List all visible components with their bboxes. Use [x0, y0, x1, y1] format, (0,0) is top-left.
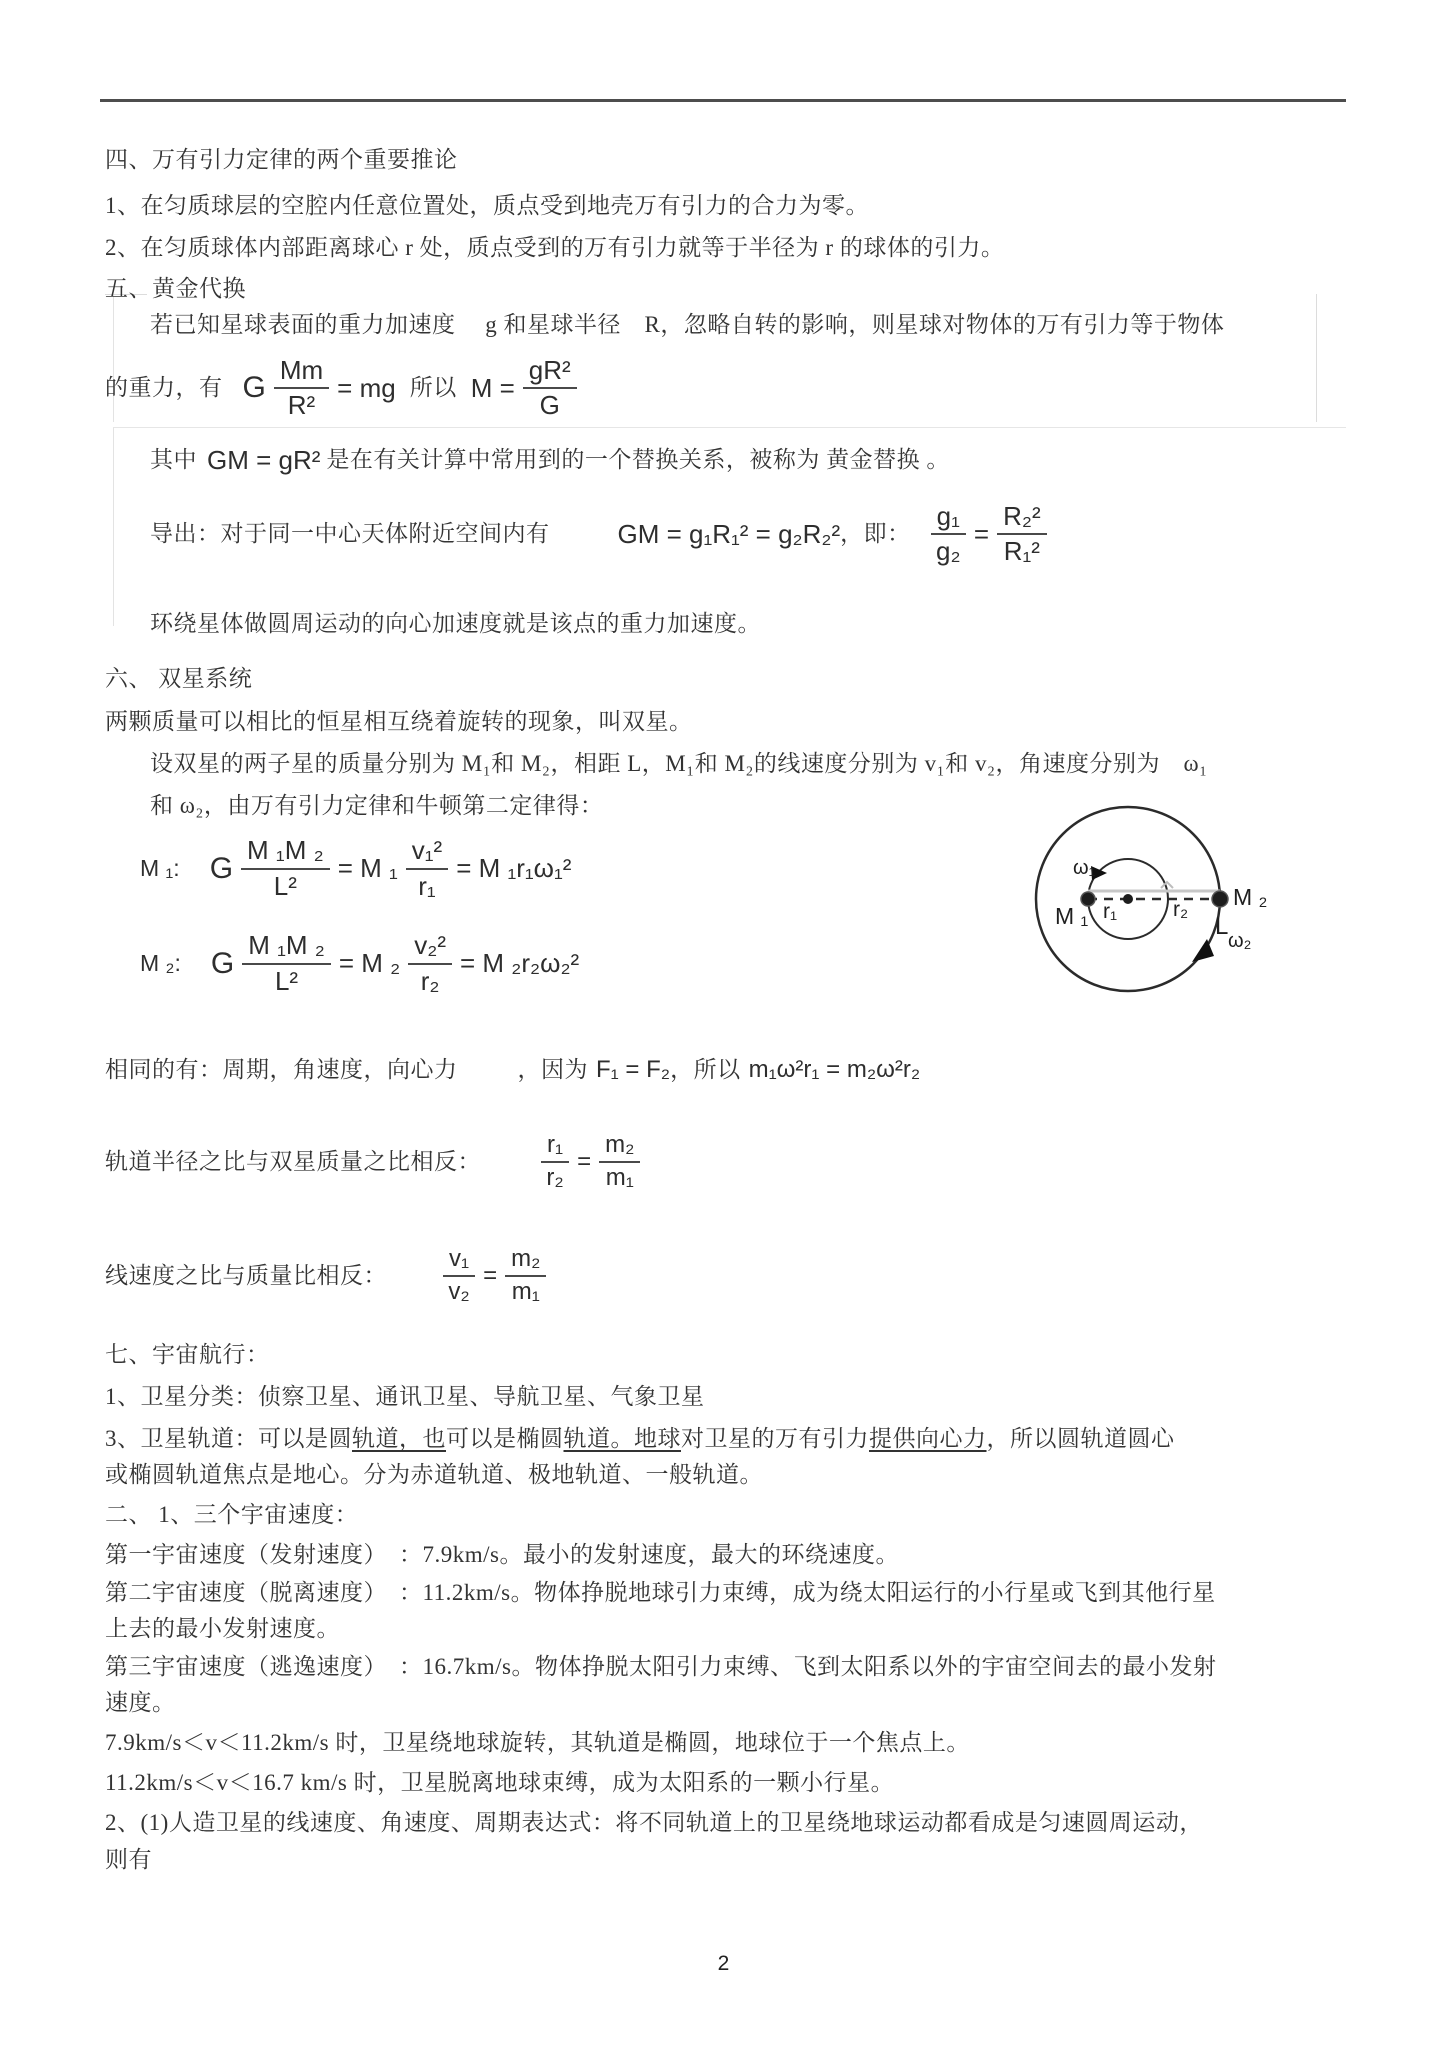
sec5-intro: 若已知星球表面的重力加速度 g 和星球半径 R，忽略自转的影响，则星球对物体的万… — [150, 308, 1224, 341]
equals-sign: = — [577, 1148, 591, 1176]
same-quantities-row: 相同的有：周期，角速度，向心力 ，因为 F₁ = F₂ ，所以 m₁ω²r₁ =… — [105, 1048, 920, 1092]
suoyi: 所以 — [410, 371, 457, 404]
star-m2-dot — [1212, 891, 1228, 907]
frac-m2-m1: m₂ m₁ — [599, 1132, 640, 1192]
m1-equation: M ₁: G M ₁M ₂ L² = M ₁ v₁² r₁ = M ₁r₁ω₁² — [140, 821, 571, 916]
m2-eq1: = M ₂ — [339, 948, 400, 979]
m1-eq1: = M ₁ — [338, 853, 398, 884]
note-qizhong: 其中 — [150, 443, 197, 476]
sec7-item3b: 或椭圆轨道焦点是地心。分为赤道轨道、极地轨道、一般轨道。 — [105, 1458, 763, 1491]
note-gm-eq: GM = gR² — [207, 445, 320, 476]
frac-r1-r2: r₁ r₂ — [541, 1132, 569, 1192]
item3-seg7: ，所以圆轨道圆心 — [987, 1426, 1175, 1451]
velocity-ratio-row: 线速度之比与质量比相反： v₁ v₂ = m₂ m₁ — [105, 1232, 546, 1320]
frac-v1-v2: v₁ v₂ — [443, 1246, 475, 1306]
m1-eq2: = M ₁r₁ω₁² — [456, 853, 571, 884]
orbit-note: 环绕星体做圆周运动的向心加速度就是该点的重力加速度。 — [150, 607, 761, 640]
L-label: L — [1215, 913, 1228, 940]
note-rest: 是在有关计算中常用到的一个替换关系，被称为 黄金替换 。 — [326, 443, 950, 476]
equals-sign: = — [974, 519, 989, 550]
satellite-expressions: 2、(1)人造卫星的线速度、角速度、周期表达式：将不同轨道上的卫星绕地球运动都看… — [105, 1806, 1203, 1839]
item3-seg3: 可以是椭圆 — [446, 1426, 564, 1451]
same-cn1: 相同的有：周期，角速度，向心力 — [105, 1053, 458, 1086]
same-f1: F₁ = F₂ — [596, 1056, 670, 1084]
m1-frac2: v₁² r₁ — [406, 836, 448, 900]
first-cosmic-velocity: 第一宇宙速度（发射速度） ：7.9km/s。最小的发射速度，最大的环绕速度。 — [105, 1538, 899, 1571]
sec6-line1: 两颗质量可以相比的恒星相互绕着旋转的现象，叫双星。 — [105, 705, 693, 738]
item3-seg6-underlined: 提供向心力 — [869, 1426, 987, 1451]
binary-star-diagram: ω₁ M ₁ r₁ r₂ M ₂ L ω₂ — [1015, 772, 1345, 1022]
golden-substitution-formula: 的重力，有 G Mm R² = mg 所以 M = gR² G — [105, 342, 577, 434]
frac-g1-g2: g₁ g₂ — [931, 502, 966, 566]
m2-eq2: = M ₂r₂ω₂² — [460, 948, 579, 979]
m2-G: G — [211, 947, 234, 981]
frac-gR2-G: gR² G — [523, 356, 577, 420]
equals-mg: = mg — [337, 373, 396, 404]
same-f2: m₁ω²r₁ = m₂ω²r₂ — [749, 1056, 921, 1084]
derive-ji: ，即： — [840, 517, 911, 550]
sec7-title: 七、宇宙航行： — [105, 1338, 270, 1371]
second-cosmic-velocity-cont: 上去的最小发射速度。 — [105, 1612, 340, 1645]
m2-diagram-label: M ₂ — [1233, 884, 1267, 910]
m1-label: M ₁: — [140, 855, 180, 882]
sec4-item2: 2、在匀质球体内部距离球心 r 处，质点受到的万有引力就等于半径为 r 的球体的… — [105, 231, 1004, 264]
satellite-expressions-cont: 则有 — [105, 1843, 152, 1876]
same-cn3: ，所以 — [670, 1053, 741, 1086]
omega2-arrowhead — [1192, 939, 1214, 962]
m2-equation: M ₂: G M ₁M ₂ L² = M ₂ v₂² r₂ = M ₂r₂ω₂² — [140, 916, 579, 1011]
velocity-ratio-label: 线速度之比与质量比相反： — [105, 1259, 387, 1292]
document-page: 四、万有引力定律的两个重要推论 1、在匀质球层的空腔内任意位置处，质点受到地壳万… — [0, 0, 1447, 2048]
derive-prefix: 导出：对于同一中心天体附近空间内有 — [150, 517, 550, 550]
frac-Mm-R2: Mm R² — [274, 356, 329, 420]
barycenter-dot — [1123, 894, 1133, 904]
sec6-line3: 和 ω₂，由万有引力定律和牛顿第二定律得： — [150, 789, 603, 822]
item3-seg1: 3、卫星轨道：可以是圆 — [105, 1426, 352, 1451]
m2-frac2: v₂² r₂ — [408, 931, 452, 995]
m2-frac1: M ₁M ₂ L² — [242, 931, 331, 995]
speeds-head: 二、 1、三个宇宙速度： — [105, 1498, 358, 1531]
gm-note: 其中 GM = gR² 是在有关计算中常用到的一个替换关系，被称为 黄金替换 。 — [150, 440, 950, 480]
equals-sign: = — [483, 1262, 497, 1290]
gravity-prefix: 的重力，有 — [105, 371, 223, 404]
derive-eq: GM = g₁R₁² = g₂R₂² — [618, 519, 841, 550]
symbol-G: G — [243, 371, 266, 405]
omega2-label: ω₂ — [1228, 930, 1251, 952]
item3-seg4-underlined: 轨道。地球 — [564, 1426, 682, 1451]
sec7-item1: 1、卫星分类：侦察卫星、通讯卫星、导航卫星、气象卫星 — [105, 1380, 705, 1413]
second-cosmic-velocity: 第二宇宙速度（脱离速度） ：11.2km/s。物体挣脱地球引力束缚，成为绕太阳运… — [105, 1576, 1216, 1609]
sec6-title: 六、 双星系统 — [105, 662, 252, 695]
third-cosmic-velocity: 第三宇宙速度（逃逸速度） ：16.7km/s。物体挣脱太阳引力束缚、飞到太阳系以… — [105, 1650, 1216, 1683]
m1-frac1: M ₁M ₂ L² — [241, 836, 330, 900]
header-rule — [100, 99, 1346, 102]
M-equals: M = — [471, 373, 515, 404]
omega1-label: ω₁ — [1073, 857, 1096, 879]
derive-row: 导出：对于同一中心天体附近空间内有 GM = g₁R₁² = g₂R₂² ，即：… — [150, 488, 1047, 580]
same-cn2: ，因为 — [518, 1053, 589, 1086]
velocity-range2: 11.2km/s＜v＜16.7 km/s 时，卫星脱离地球束缚，成为太阳系的一颗… — [105, 1766, 894, 1799]
r2-label: r₂ — [1173, 898, 1188, 921]
page-number: 2 — [0, 1952, 1447, 1976]
radius-ratio-label: 轨道半径之比与双星质量之比相反： — [105, 1145, 481, 1178]
m1-diagram-label: M ₁ — [1055, 903, 1089, 929]
radius-ratio-row: 轨道半径之比与双星质量之比相反： r₁ r₂ = m₂ m₁ — [105, 1118, 640, 1206]
r1-label: r₁ — [1103, 900, 1117, 923]
sec4-item1: 1、在匀质球层的空腔内任意位置处，质点受到地壳万有引力的合力为零。 — [105, 189, 869, 222]
item3-seg5: 对卫星的万有引力 — [681, 1426, 869, 1451]
item3-seg2-underlined: 轨道，也 — [352, 1426, 446, 1451]
sec4-title: 四、万有引力定律的两个重要推论 — [105, 143, 458, 176]
sec5-title: 五、黄金代换 — [105, 272, 246, 305]
sec7-item3: 3、卫星轨道：可以是圆轨道，也可以是椭圆轨道。地球对卫星的万有引力提供向心力，所… — [105, 1422, 1175, 1455]
m2-label: M ₂: — [140, 950, 181, 977]
velocity-range1: 7.9km/s＜v＜11.2km/s 时，卫星绕地球旋转，其轨道是椭圆，地球位于… — [105, 1726, 970, 1759]
m1-G: G — [210, 852, 233, 886]
frac-R22-R12: R₂² R₁² — [997, 502, 1047, 566]
third-cosmic-velocity-cont: 速度。 — [105, 1686, 176, 1719]
frac-m2-m1-v: m₂ m₁ — [505, 1246, 546, 1306]
